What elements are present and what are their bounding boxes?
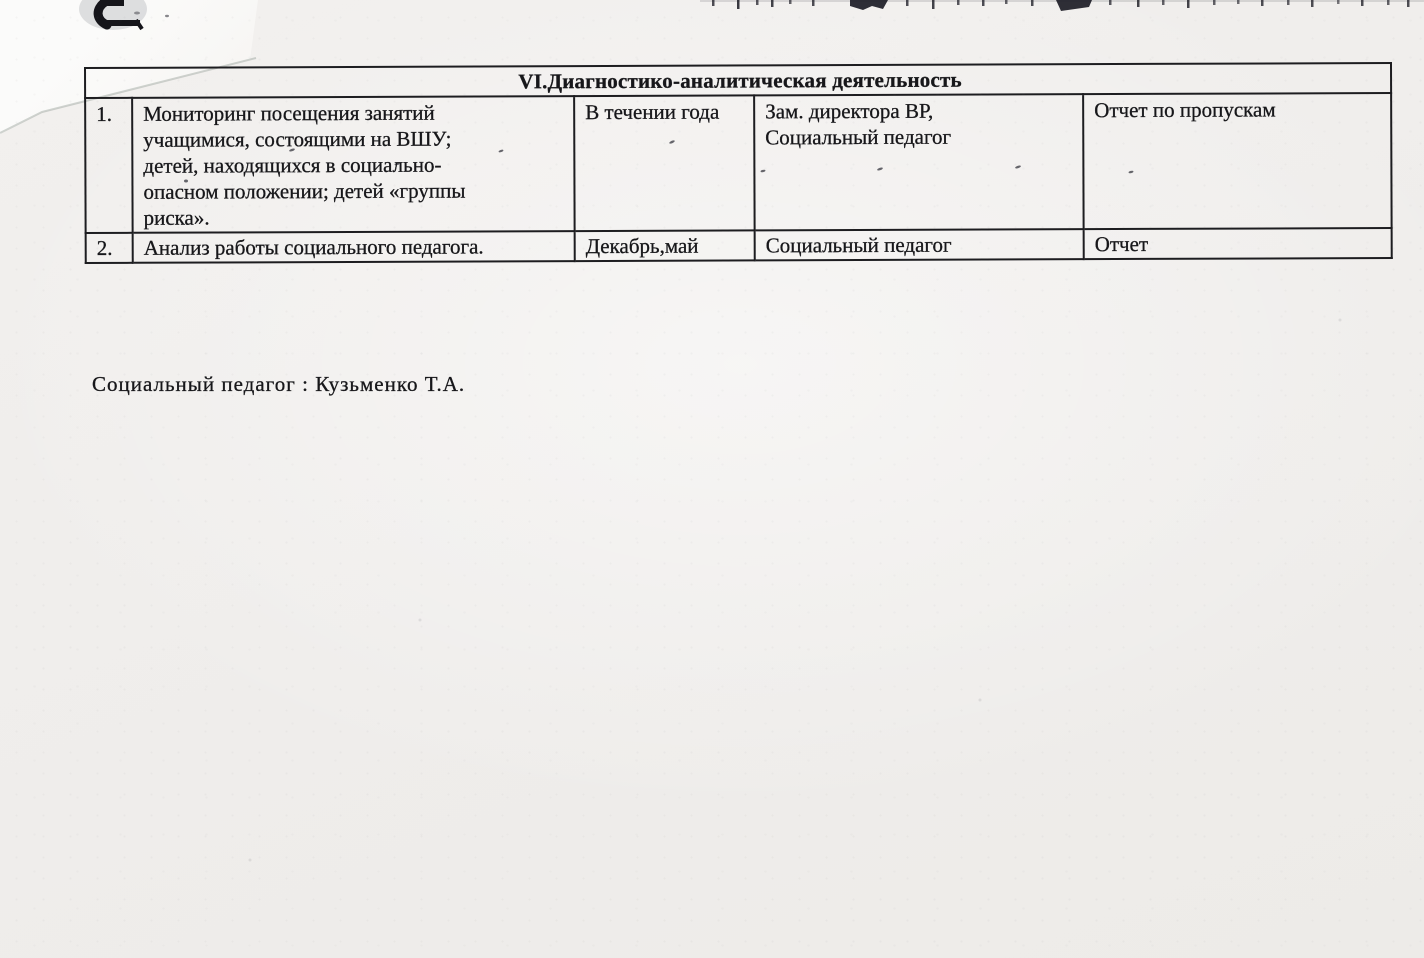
signature-line: Социальный педагог : Кузьменко Т.А. [92,372,465,397]
table-row: 2. Анализ работы социального педагога. Д… [86,228,1392,263]
result-cell: Отчет [1084,228,1392,259]
row-number-cell: 2. [86,233,133,263]
activity-cell: Анализ работы социального педагога. [133,231,575,263]
timeframe-cell: Декабрь,май [575,230,755,261]
responsible-cell: Зам. директора ВР, Социальный педагог [754,94,1084,230]
row-number-cell: 1. [85,98,133,233]
table-row: 1. Мониторинг посещения занятий учащимис… [85,93,1392,233]
timeframe-cell: В течении года [574,95,755,231]
activity-plan-table: VI.Диагностико-аналитическая деятельност… [84,62,1393,264]
activity-cell: Мониторинг посещения занятий учащимися, … [132,96,575,233]
plan-table-wrapper: VI.Диагностико-аналитическая деятельност… [84,62,1393,264]
responsible-cell: Социальный педагог [755,229,1084,260]
result-cell: Отчет по пропускам [1083,93,1392,229]
scanned-document-page: VI.Диагностико-аналитическая деятельност… [0,0,1424,958]
